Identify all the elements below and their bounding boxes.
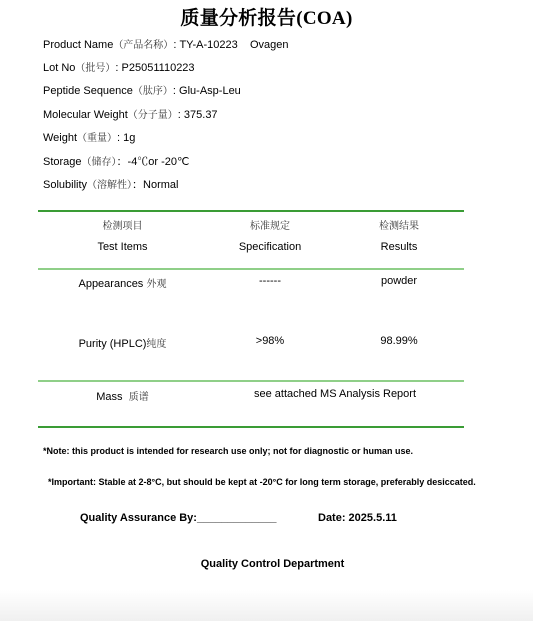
qa-signature-line: Quality Assurance By:_____________ [80,512,277,524]
table-top-rule [38,210,464,212]
field-peptide-sequence: Peptide Sequence（肽序）: Glu-Asp-Leu [43,82,241,97]
note-storage-important: *Important: Stable at 2-8°C, but should … [48,477,476,487]
field-lot-no: Lot No（批号）: P25051110223 [43,59,195,74]
table-row-mass-result: see attached MS Analysis Report [210,388,460,400]
table-row-appearances-spec: ------ [210,275,330,287]
field-molecular-weight: Molecular Weight（分子量）: 375.37 [43,106,218,121]
note-research-use: *Note: this product is intended for rese… [43,446,413,456]
table-row-appearances-item: Appearances 外观 [60,275,185,290]
table-header-rule [38,268,464,270]
header-test-items-cn: 检测项目 [60,217,185,232]
document-title: 质量分析报告(COA) [0,3,533,30]
table-row-mass-item: Mass 质谱 [60,388,185,403]
header-results-cn: 检测结果 [340,217,458,232]
field-storage: Storage（储存）：-4℃or -20℃ [43,153,189,169]
field-weight: Weight（重量）: 1g [43,129,135,144]
page-bottom-shadow [0,590,533,621]
table-bottom-rule [38,426,464,428]
table-row-purity-spec: >98% [210,335,330,347]
header-specification-cn: 标准规定 [210,217,330,232]
header-results: Results [340,241,458,253]
department-label: Quality Control Department [0,558,533,570]
table-row-purity-item: Purity (HPLC)纯度 [60,335,185,350]
table-row-rule [38,380,464,382]
header-specification: Specification [210,241,330,253]
field-solubility: Solubility（溶解性）：Normal [43,176,178,192]
table-row-appearances-result: powder [340,275,458,287]
field-product-name: Product Name（产品名称）: TY-A-10223 Ovagen [43,36,289,51]
header-test-items: Test Items [60,241,185,253]
table-row-purity-result: 98.99% [340,335,458,347]
date-label: Date: 2025.5.11 [318,512,397,524]
